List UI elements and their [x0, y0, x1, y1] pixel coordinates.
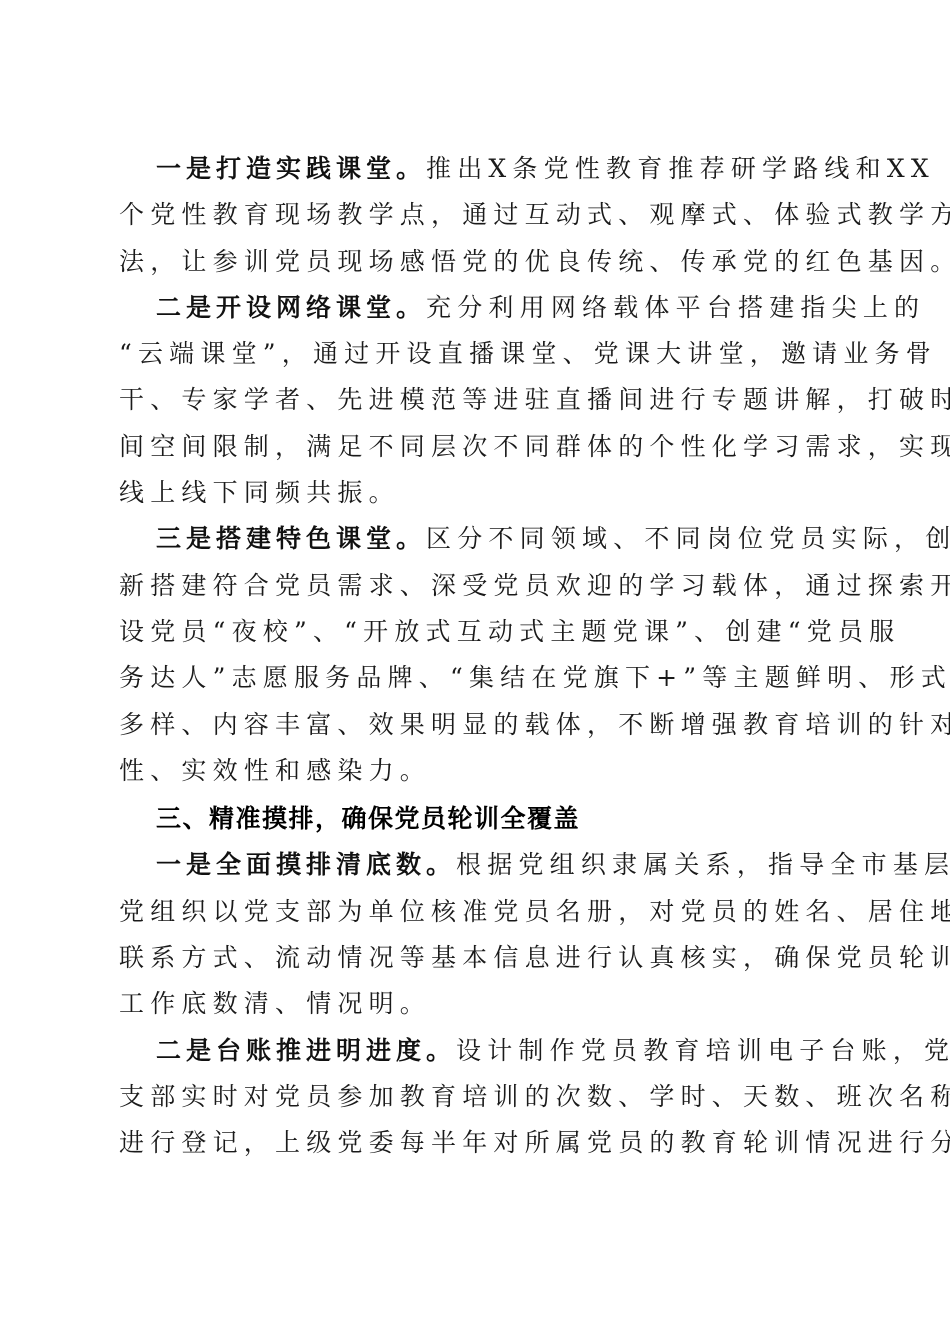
text-line: 二是开设网络课堂。充分利用网络载体平台搭建指尖上的 — [119, 285, 829, 331]
text-line: 个党性教育现场教学点，通过互动式、观摩式、体验式教学方 — [119, 192, 829, 238]
line-text: 设计制作党员教育培训电子台账，党 — [456, 1036, 950, 1065]
paragraph-featured-classroom: 三是搭建特色课堂。区分不同领域、不同岗位党员实际，创 新搭建符合党员需求、深受党… — [119, 516, 829, 794]
text-line: 三是搭建特色课堂。区分不同领域、不同岗位党员实际，创 — [119, 516, 829, 562]
text-line: 一是打造实践课堂。推出X条党性教育推荐研学路线和XX — [119, 146, 829, 192]
paragraph-lead: 一是全面摸排清底数。 — [156, 850, 456, 879]
text-line: 干、专家学者、先进模范等进驻直播间进行专题讲解，打破时 — [119, 377, 829, 423]
text-line: 新搭建符合党员需求、深受党员欢迎的学习载体，通过探索开 — [119, 563, 829, 609]
text-line: 务达人”志愿服务品牌、“集结在党旗下+”等主题鲜明、形式 — [119, 655, 829, 701]
text-line: 性、实效性和感染力。 — [119, 748, 829, 794]
text-line: 联系方式、流动情况等基本信息进行认真核实，确保党员轮训 — [119, 935, 829, 981]
paragraph-online-classroom: 二是开设网络课堂。充分利用网络载体平台搭建指尖上的 “云端课堂”，通过开设直播课… — [119, 285, 829, 516]
paragraph-lead: 一是打造实践课堂。 — [156, 154, 426, 183]
text-line: 一是全面摸排清底数。根据党组织隶属关系，指导全市基层 — [119, 842, 829, 888]
text-line: 进行登记，上级党委每半年对所属党员的教育轮训情况进行分 — [119, 1120, 829, 1166]
text-line: 支部实时对党员参加教育培训的次数、学时、天数、班次名称 — [119, 1074, 829, 1120]
paragraph-ledger-progress: 二是台账推进明进度。设计制作党员教育培训电子台账，党 支部实时对党员参加教育培训… — [119, 1028, 829, 1167]
text-line: 二是台账推进明进度。设计制作党员教育培训电子台账，党 — [119, 1028, 829, 1074]
paragraph-lead: 二是台账推进明进度。 — [156, 1036, 456, 1065]
paragraph-lead: 三是搭建特色课堂。 — [156, 524, 426, 553]
text-line: 间空间限制，满足不同层次不同群体的个性化学习需求，实现 — [119, 424, 829, 470]
text-line: “云端课堂”，通过开设直播课堂、党课大讲堂，邀请业务骨 — [119, 331, 829, 377]
section-heading: 三、精准摸排，确保党员轮训全覆盖 — [119, 796, 829, 842]
line-text: 充分利用网络载体平台搭建指尖上的 — [426, 293, 925, 322]
line-text: 根据党组织隶属关系，指导全市基层 — [456, 850, 950, 879]
text-line: 工作底数清、情况明。 — [119, 981, 829, 1027]
text-line: 多样、内容丰富、效果明显的载体，不断增强教育培训的针对 — [119, 702, 829, 748]
text-line: 设党员“夜校”、“开放式互动式主题党课”、创建“党员服 — [119, 609, 829, 655]
line-text: 区分不同领域、不同岗位党员实际，创 — [426, 524, 950, 553]
paragraph-practice-classroom: 一是打造实践课堂。推出X条党性教育推荐研学路线和XX 个党性教育现场教学点，通过… — [119, 146, 829, 285]
text-line: 法，让参训党员现场感悟党的优良传统、传承党的红色基因。 — [119, 239, 829, 285]
document-page: 一是打造实践课堂。推出X条党性教育推荐研学路线和XX 个党性教育现场教学点，通过… — [119, 146, 829, 1167]
paragraph-lead: 二是开设网络课堂。 — [156, 293, 426, 322]
line-text: 推出X条党性教育推荐研学路线和XX — [426, 154, 935, 183]
text-line: 党组织以党支部为单位核准党员名册，对党员的姓名、居住地、 — [119, 889, 829, 935]
paragraph-full-survey: 一是全面摸排清底数。根据党组织隶属关系，指导全市基层 党组织以党支部为单位核准党… — [119, 842, 829, 1027]
text-line: 线上线下同频共振。 — [119, 470, 829, 516]
